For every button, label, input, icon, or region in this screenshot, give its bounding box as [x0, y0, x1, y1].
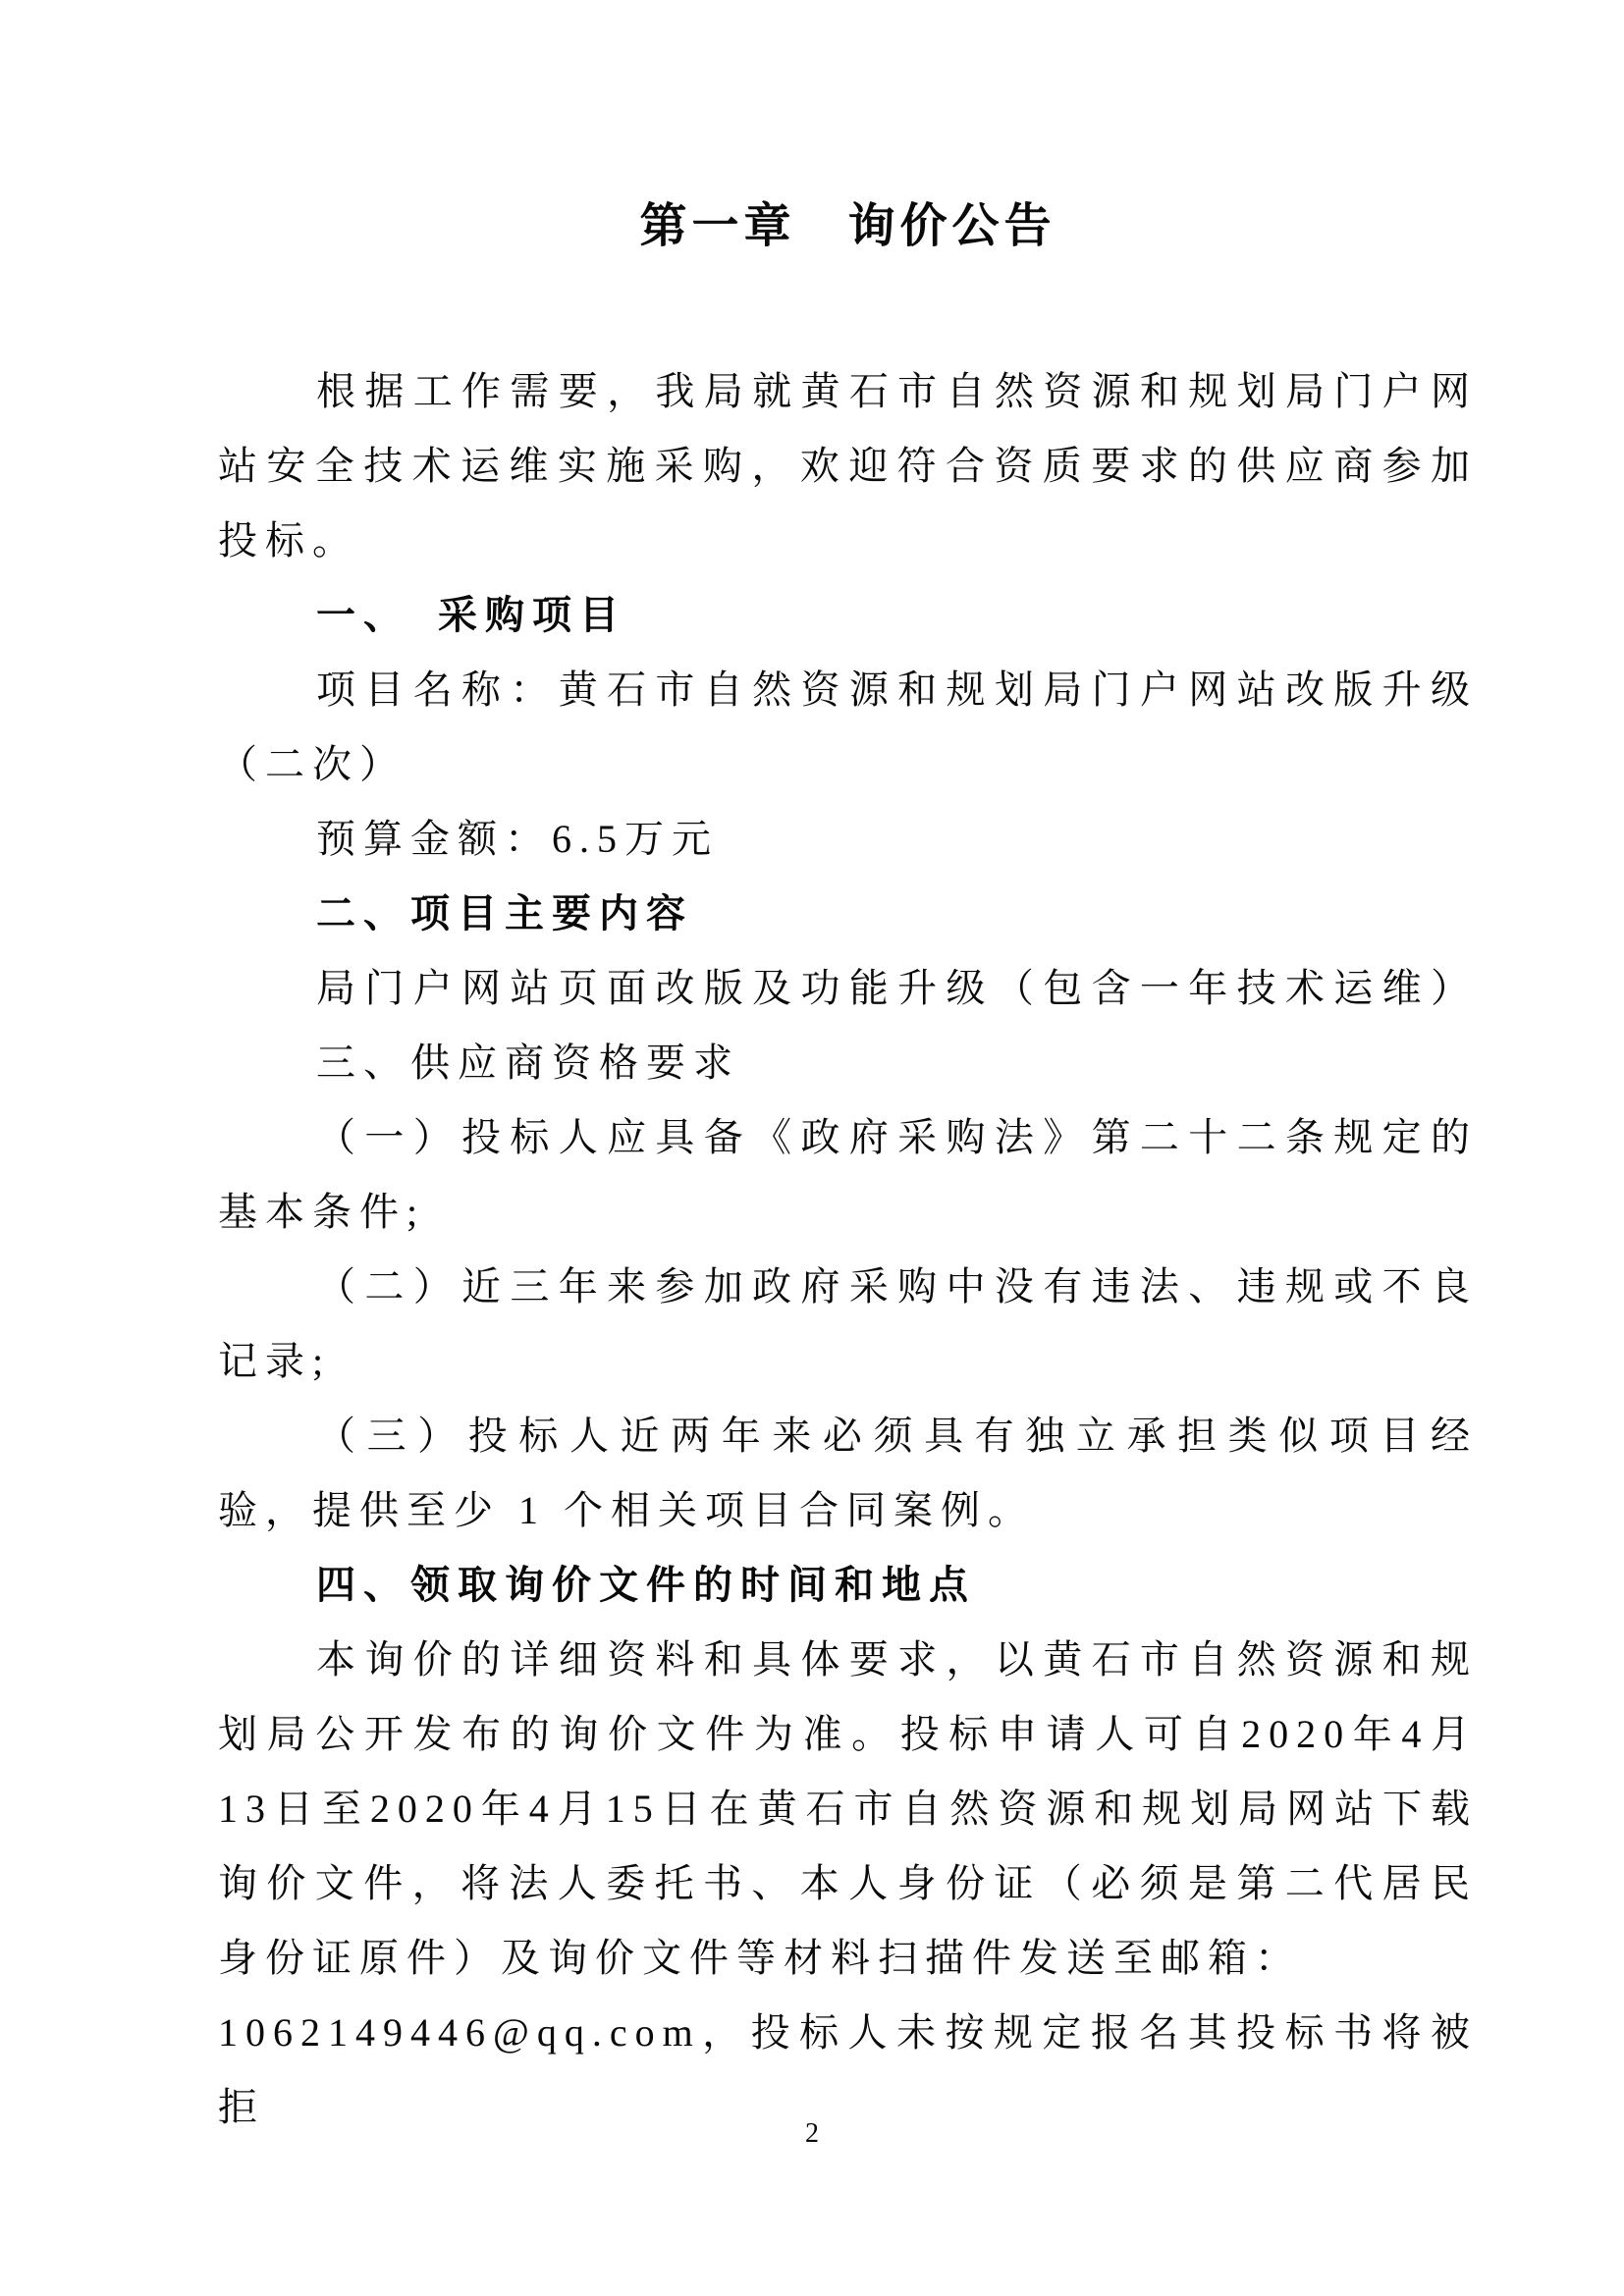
text-line: 身份证原件）及询价文件等材料扫描件发送至邮箱： [218, 1921, 1478, 1996]
text-line: 站安全技术运维实施采购，欢迎符合资质要求的供应商参加 [218, 429, 1478, 504]
text-line: （三）投标人近两年来必须具有独立承担类似项目经 [218, 1399, 1478, 1473]
text-line: 项目名称：黄石市自然资源和规划局门户网站改版升级 [218, 653, 1478, 727]
text-line: 局门户网站页面改版及功能升级（包含一年技术运维） [218, 951, 1478, 1026]
text-line: （二）近三年来参加政府采购中没有违法、违规或不良 [218, 1250, 1478, 1324]
page-title: 第一章 询价公告 [218, 192, 1478, 261]
document-body: 根据工作需要，我局就黄石市自然资源和规划局门户网站安全技术运维实施采购，欢迎符合… [218, 354, 1478, 2070]
text-line: 基本条件; [218, 1175, 1478, 1250]
section-heading: 一、 采购项目 [218, 578, 1478, 653]
text-line: 划局公开发布的询价文件为准。投标申请人可自2020年4月 [218, 1697, 1478, 1772]
text-line: 三、供应商资格要求 [218, 1026, 1478, 1100]
page-number: 2 [0, 2118, 1624, 2150]
text-line: 验，提供至少 1 个相关项目合同案例。 [218, 1473, 1478, 1548]
text-line: （一）投标人应具备《政府采购法》第二十二条规定的 [218, 1100, 1478, 1175]
text-line: 投标。 [218, 504, 1478, 578]
text-line: 询价文件，将法人委托书、本人身份证（必须是第二代居民 [218, 1846, 1478, 1921]
section-heading: 二、项目主要内容 [218, 877, 1478, 951]
text-line: 1062149446@qq.com，投标人未按规定报名其投标书将被拒 [218, 1996, 1478, 2070]
text-line: 13日至2020年4月15日在黄石市自然资源和规划局网站下载 [218, 1772, 1478, 1846]
section-heading: 四、领取询价文件的时间和地点 [218, 1548, 1478, 1623]
document-page: 第一章 询价公告 根据工作需要，我局就黄石市自然资源和规划局门户网站安全技术运维… [0, 0, 1624, 2296]
text-line: 本询价的详细资料和具体要求，以黄石市自然资源和规 [218, 1623, 1478, 1697]
text-line: （二次） [218, 727, 1478, 802]
text-line: 预算金额：6.5万元 [218, 802, 1478, 877]
text-line: 记录; [218, 1324, 1478, 1399]
text-line: 根据工作需要，我局就黄石市自然资源和规划局门户网 [218, 354, 1478, 429]
